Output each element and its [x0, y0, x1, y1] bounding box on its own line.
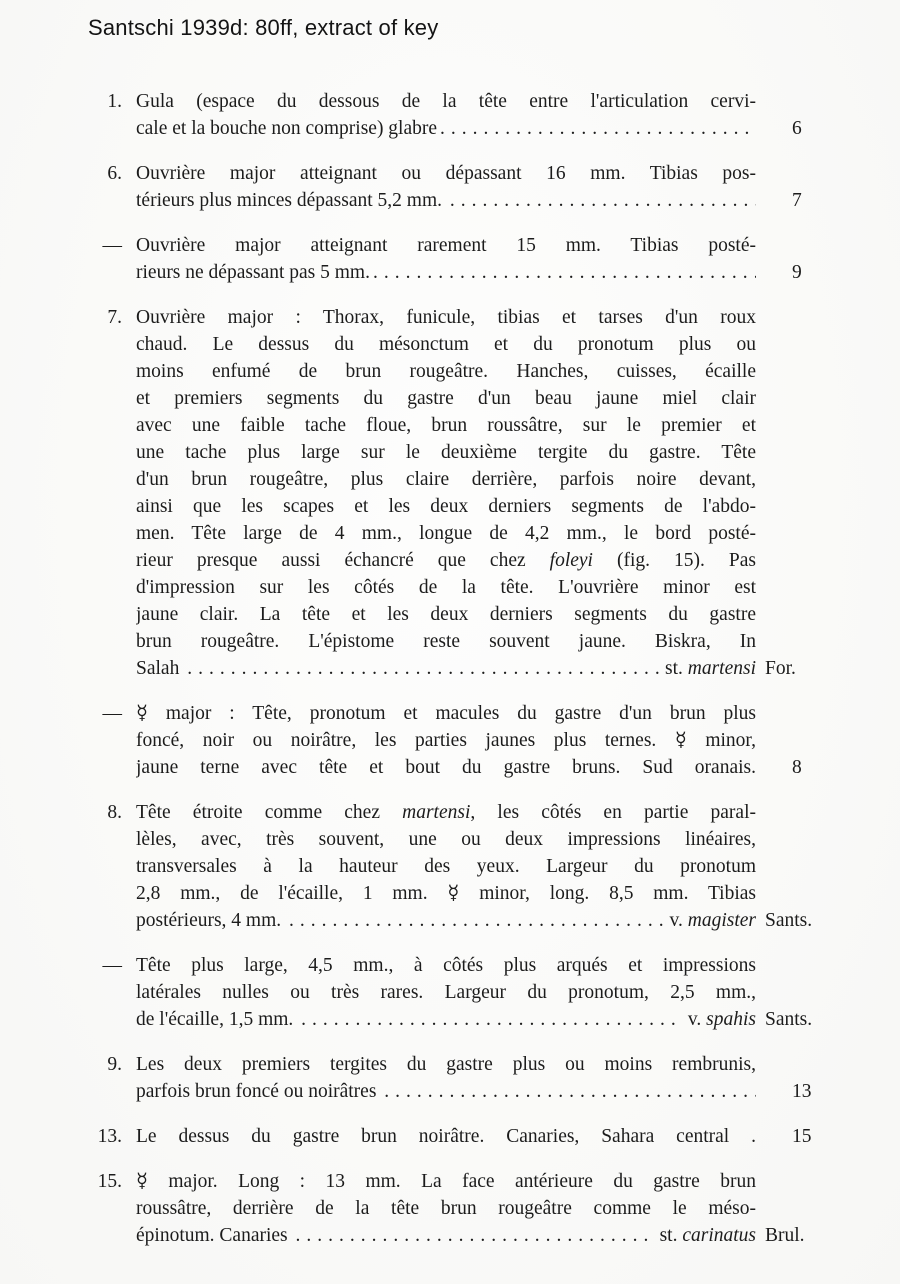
text-line: ☿ major : Tête, pronotum et macules du g…	[136, 700, 756, 727]
text-line: postérieurs, 4 mm. .....................…	[136, 907, 756, 934]
entry-text: Ouvrière major : Thorax, funicule, tibia…	[136, 304, 756, 682]
text-segment: une tache plus large sur le deuxième ter…	[136, 442, 756, 463]
text-segment: ☿ major. Long : 13 mm. La face antérieur…	[136, 1171, 756, 1192]
entry-number: 7.	[88, 304, 122, 682]
entry-number: 1.	[88, 88, 122, 142]
text-line: chaud. Le dessus du mésonctum et du pron…	[136, 331, 756, 358]
text-line: avec une faible tache floue, brun roussâ…	[136, 412, 756, 439]
text-line: rieur presque aussi échancré que chez fo…	[136, 547, 756, 574]
entry-goto-number: 13	[756, 1078, 900, 1105]
text-segment: térieurs plus minces dépassant 5,2 mm.	[136, 187, 447, 214]
text-segment: st.	[655, 1222, 683, 1249]
text-segment: Les deux premiers tergites du gastre plu…	[136, 1054, 756, 1075]
text-line: brun rougeâtre. L'épistome reste souvent…	[136, 628, 756, 655]
entry-goto-number: 9	[756, 259, 900, 286]
key-entry: —Tête plus large, 4,5 mm., à côtés plus …	[88, 952, 900, 1033]
text-segment: (fig. 15). Pas	[593, 550, 756, 571]
text-line: transversales à la hauteur des yeux. Lar…	[136, 853, 756, 880]
key-entry: 7.Ouvrière major : Thorax, funicule, tib…	[88, 304, 900, 682]
text-segment: Gula (espace du dessous de la tête entre…	[136, 91, 756, 112]
text-segment: Tête étroite comme chez	[136, 802, 402, 823]
text-segment: foncé, noir ou noirâtre, les parties jau…	[136, 730, 756, 751]
dot-leader: ........................................…	[184, 655, 660, 682]
key-entry: 1.Gula (espace du dessous de la tête ent…	[88, 88, 900, 142]
text-line: Tête étroite comme chez martensi, les cô…	[136, 799, 756, 826]
entry-number: 13.	[88, 1123, 122, 1150]
text-segment: postérieurs, 4 mm.	[136, 907, 286, 934]
text-segment: Ouvrière major atteignant rarement 15 mm…	[136, 235, 756, 256]
text-segment: parfois brun foncé ou noirâtres	[136, 1078, 381, 1105]
dot-leader: ........................................…	[381, 1078, 756, 1105]
entry-number: —	[88, 700, 122, 781]
text-segment: transversales à la hauteur des yeux. Lar…	[136, 856, 756, 877]
text-segment: v.	[665, 907, 688, 934]
entry-author: Sants.	[756, 1006, 900, 1033]
text-segment: , les côtés en partie paral-	[470, 802, 756, 823]
dot-leader: ........................................…	[370, 259, 756, 286]
text-segment: d'impression sur les côtés de la tête. L…	[136, 577, 756, 598]
text-line: 2,8 mm., de l'écaille, 1 mm. ☿ minor, lo…	[136, 880, 756, 907]
text-line: ☿ major. Long : 13 mm. La face antérieur…	[136, 1168, 756, 1195]
text-segment: jaune clair. La tête et les deux dernier…	[136, 604, 756, 625]
text-line: cale et la bouche non comprise) glabre..…	[136, 115, 756, 142]
key-entry: 9.Les deux premiers tergites du gastre p…	[88, 1051, 900, 1105]
text-line: Tête plus large, 4,5 mm., à côtés plus a…	[136, 952, 756, 979]
document-page: Santschi 1939d: 80ff, extract of key 1.G…	[0, 0, 900, 1284]
text-line: jaune terne avec tête et bout du gastre …	[136, 754, 756, 781]
text-segment: roussâtre, derrière de la tête brun roug…	[136, 1198, 756, 1219]
key-entry: —Ouvrière major atteignant rarement 15 m…	[88, 232, 900, 286]
text-line: une tache plus large sur le deuxième ter…	[136, 439, 756, 466]
dot-leader: ........................................…	[293, 1222, 655, 1249]
text-line: foncé, noir ou noirâtre, les parties jau…	[136, 727, 756, 754]
text-line: moins enfumé de brun rougeâtre. Hanches,…	[136, 358, 756, 385]
entry-text: ☿ major : Tête, pronotum et macules du g…	[136, 700, 756, 781]
page-title: Santschi 1939d: 80ff, extract of key	[88, 14, 900, 42]
text-line: Le dessus du gastre brun noirâtre. Canar…	[136, 1123, 756, 1150]
text-line: latérales nulles ou très rares. Largeur …	[136, 979, 756, 1006]
entry-number: —	[88, 232, 122, 286]
text-segment: chaud. Le dessus du mésonctum et du pron…	[136, 334, 756, 355]
text-segment: Tête plus large, 4,5 mm., à côtés plus a…	[136, 955, 756, 976]
text-line: et premiers segments du gastre d'un beau…	[136, 385, 756, 412]
entry-author: Sants.	[756, 907, 900, 934]
species-name: carinatus	[682, 1222, 756, 1249]
text-segment: latérales nulles ou très rares. Largeur …	[136, 982, 756, 1003]
text-line: d'un brun rougeâtre, plus claire derrièr…	[136, 466, 756, 493]
entry-text: Gula (espace du dessous de la tête entre…	[136, 88, 756, 142]
text-line: d'impression sur les côtés de la tête. L…	[136, 574, 756, 601]
text-segment: v.	[683, 1006, 706, 1033]
text-line: Gula (espace du dessous de la tête entre…	[136, 88, 756, 115]
entry-goto-number: 15	[756, 1123, 900, 1150]
text-segment: rieurs ne dépassant pas 5 mm.	[136, 259, 370, 286]
entry-number: —	[88, 952, 122, 1033]
text-segment: Salah	[136, 655, 184, 682]
text-segment: cale et la bouche non comprise) glabre	[136, 115, 437, 142]
entry-number: 15.	[88, 1168, 122, 1249]
text-line: parfois brun foncé ou noirâtres ........…	[136, 1078, 756, 1105]
text-segment: rieur presque aussi échancré que chez	[136, 550, 550, 571]
text-segment: st.	[660, 655, 688, 682]
entry-number: 9.	[88, 1051, 122, 1105]
entry-author: Brul.	[756, 1222, 900, 1249]
dot-leader: ........................................…	[286, 907, 665, 934]
text-line: Ouvrière major atteignant rarement 15 mm…	[136, 232, 756, 259]
entry-goto-number: 7	[756, 187, 900, 214]
text-line: jaune clair. La tête et les deux dernier…	[136, 601, 756, 628]
entry-text: Le dessus du gastre brun noirâtre. Canar…	[136, 1123, 756, 1150]
text-segment: lèles, avec, très souvent, une ou deux i…	[136, 829, 756, 850]
key-entries: 1.Gula (espace du dessous de la tête ent…	[88, 88, 900, 1249]
entry-author: For.	[756, 655, 900, 682]
text-segment: Ouvrière major : Thorax, funicule, tibia…	[136, 307, 756, 328]
key-entry: 13.Le dessus du gastre brun noirâtre. Ca…	[88, 1123, 900, 1150]
entry-number: 6.	[88, 160, 122, 214]
text-line: lèles, avec, très souvent, une ou deux i…	[136, 826, 756, 853]
entry-text: Ouvrière major atteignant rarement 15 mm…	[136, 232, 756, 286]
species-name: spahis	[706, 1006, 756, 1033]
dot-leader: ........................................…	[298, 1006, 683, 1033]
species-name: martensi	[688, 655, 756, 682]
text-segment: Ouvrière major atteignant ou dépassant 1…	[136, 163, 756, 184]
text-segment: ☿ major : Tête, pronotum et macules du g…	[136, 703, 756, 724]
text-segment: avec une faible tache floue, brun roussâ…	[136, 415, 756, 436]
species-name: martensi	[402, 802, 470, 823]
entry-text: Tête plus large, 4,5 mm., à côtés plus a…	[136, 952, 756, 1033]
text-line: roussâtre, derrière de la tête brun roug…	[136, 1195, 756, 1222]
text-line: épinotum. Canaries .....................…	[136, 1222, 756, 1249]
text-line: Les deux premiers tergites du gastre plu…	[136, 1051, 756, 1078]
entry-goto-number: 8	[756, 754, 900, 781]
key-entry: —☿ major : Tête, pronotum et macules du …	[88, 700, 900, 781]
text-segment: jaune terne avec tête et bout du gastre …	[136, 757, 756, 778]
entry-text: Les deux premiers tergites du gastre plu…	[136, 1051, 756, 1105]
key-entry: 8.Tête étroite comme chez martensi, les …	[88, 799, 900, 934]
text-segment: Le dessus du gastre brun noirâtre. Canar…	[136, 1126, 756, 1147]
text-line: Salah ..................................…	[136, 655, 756, 682]
text-line: ainsi que les scapes et les deux dernier…	[136, 493, 756, 520]
key-entry: 6.Ouvrière major atteignant ou dépassant…	[88, 160, 900, 214]
text-segment: épinotum. Canaries	[136, 1222, 293, 1249]
text-segment: moins enfumé de brun rougeâtre. Hanches,…	[136, 361, 756, 382]
entry-text: Ouvrière major atteignant ou dépassant 1…	[136, 160, 756, 214]
text-line: Ouvrière major : Thorax, funicule, tibia…	[136, 304, 756, 331]
text-line: térieurs plus minces dépassant 5,2 mm. .…	[136, 187, 756, 214]
entry-goto-number: 6	[756, 115, 900, 142]
entry-text: Tête étroite comme chez martensi, les cô…	[136, 799, 756, 934]
dot-leader: ........................................…	[437, 115, 756, 142]
dot-leader: ........................................…	[447, 187, 756, 214]
text-segment: brun rougeâtre. L'épistome reste souvent…	[136, 631, 756, 652]
text-segment: 2,8 mm., de l'écaille, 1 mm. ☿ minor, lo…	[136, 883, 756, 904]
text-segment: de l'écaille, 1,5 mm.	[136, 1006, 298, 1033]
key-entry: 15.☿ major. Long : 13 mm. La face antéri…	[88, 1168, 900, 1249]
text-line: rieurs ne dépassant pas 5 mm............…	[136, 259, 756, 286]
species-name: magister	[688, 907, 756, 934]
text-segment: ainsi que les scapes et les deux dernier…	[136, 496, 756, 517]
text-segment: men. Tête large de 4 mm., longue de 4,2 …	[136, 523, 756, 544]
entry-number: 8.	[88, 799, 122, 934]
text-line: men. Tête large de 4 mm., longue de 4,2 …	[136, 520, 756, 547]
text-segment: d'un brun rougeâtre, plus claire derrièr…	[136, 469, 756, 490]
text-line: de l'écaille, 1,5 mm. ..................…	[136, 1006, 756, 1033]
entry-text: ☿ major. Long : 13 mm. La face antérieur…	[136, 1168, 756, 1249]
text-segment: et premiers segments du gastre d'un beau…	[136, 388, 756, 409]
species-name: foleyi	[550, 550, 593, 571]
text-line: Ouvrière major atteignant ou dépassant 1…	[136, 160, 756, 187]
